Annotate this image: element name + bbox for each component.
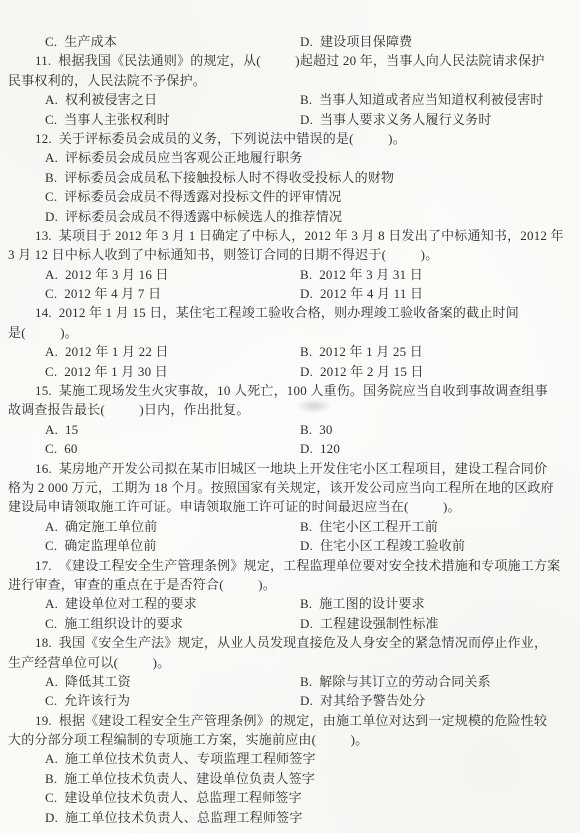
question-continuation-line: 建设局申请领取施工许可证。申请领取施工许可证的时间最迟应当在( )。: [8, 497, 574, 516]
option-pair-row: A. 建设单位对工程的要求B. 施工图的设计要求: [8, 594, 574, 613]
option-pair-row: C. 2012 年 4 月 7 日D. 2012 年 4 月 11 日: [8, 284, 574, 303]
option-right: B. 施工图的设计要求: [300, 594, 425, 613]
option-left: C. 2012 年 4 月 7 日: [45, 284, 161, 303]
question-continuation-line: 是( )。: [8, 323, 574, 342]
option-right: D. 120: [300, 439, 340, 458]
option-right: B. 住宅小区工程开工前: [300, 517, 438, 536]
option-right: D. 对其给予警告处分: [300, 691, 426, 710]
question-stem-line: 18. 我国《安全生产法》规定，从业人员发现直接危及人身安全的紧急情况而停止作业…: [8, 633, 574, 652]
option-pair-row: A. 确定施工单位前B. 住宅小区工程开工前: [8, 517, 574, 536]
option-pair-row: C. 允许该行为D. 对其给予警告处分: [8, 691, 574, 710]
option-right: D. 当事人要求义务人履行义务时: [300, 110, 492, 129]
option-right: B. 解除与其订立的劳动合同关系: [300, 672, 491, 691]
option-right: D. 2012 年 4 月 11 日: [300, 284, 423, 303]
option-left: A. 降低其工资: [45, 672, 131, 691]
option-pair-row: C. 2012 年 1 月 30 日D. 2012 年 2 月 15 日: [8, 362, 574, 381]
option-right: D. 建设项目保障费: [300, 32, 412, 51]
option-line: B. 评标委员会成员私下接触投标人时不得收受投标人的财物: [8, 168, 574, 187]
question-stem-line: 13. 某项目于 2012 年 3 月 1 日确定了中标人，2012 年 3 月…: [8, 226, 574, 245]
option-right: B. 30: [300, 420, 333, 439]
option-right: B. 2012 年 1 月 25 日: [300, 342, 423, 361]
option-line: A. 评标委员会成员应当客观公正地履行职务: [8, 148, 574, 167]
question-continuation-line: 进行审查，审查的重点在于是否符合( )。: [8, 575, 574, 594]
option-pair-row: A. 权利被侵害之日B. 当事人知道或者应当知道权利被侵害时: [8, 90, 574, 109]
option-left: C. 2012 年 1 月 30 日: [45, 362, 168, 381]
question-continuation-line: 民事权利的，人民法院不予保护。: [8, 71, 574, 90]
option-pair-row: C. 60D. 120: [8, 439, 574, 458]
option-left: A. 确定施工单位前: [45, 517, 157, 536]
question-continuation-line: 大的分部分项工程编制的专项施工方案，实施前应由( )。: [8, 730, 574, 749]
option-pair-row: C. 生产成本D. 建设项目保障费: [8, 32, 574, 51]
option-line: D. 施工单位技术负责人、总监理工程师签字: [8, 808, 574, 827]
question-continuation-line: 故调查报告最长( )日内，作出批复。: [8, 400, 574, 419]
question-continuation-line: 生产经营单位可以( )。: [8, 653, 574, 672]
exam-content: C. 生产成本D. 建设项目保障费11. 根据我国《民法通则》的规定，从( )起…: [8, 32, 574, 827]
question-stem-line: 14. 2012 年 1 月 15 日，某住宅工程竣工验收合格，则办理竣工验收备…: [8, 303, 574, 322]
option-pair-row: A. 降低其工资B. 解除与其订立的劳动合同关系: [8, 672, 574, 691]
option-line: C. 建设单位技术负责人、总监理工程师签字: [8, 788, 574, 807]
option-left: A. 2012 年 1 月 22 日: [45, 342, 169, 361]
question-stem-line: 15. 某施工现场发生火灾事故，10 人死亡，100 人重伤。国务院应当自收到事…: [8, 381, 574, 400]
option-line: B. 施工单位技术负责人、建设单位负责人签字: [8, 769, 574, 788]
option-pair-row: C. 确定监理单位前D. 住宅小区工程竣工验收前: [8, 536, 574, 555]
option-left: C. 当事人主张权利时: [45, 110, 170, 129]
question-stem-line: 19. 根据《建设工程安全生产管理条例》的规定，由施工单位对达到一定规模的危险性…: [8, 711, 574, 730]
option-left: C. 允许该行为: [45, 691, 130, 710]
question-stem-line: 11. 根据我国《民法通则》的规定，从( )起超过 20 年，当事人向人民法院请…: [8, 51, 574, 70]
option-pair-row: C. 施工组织设计的要求D. 工程建设强制性标准: [8, 614, 574, 633]
option-right: D. 住宅小区工程竣工验收前: [300, 536, 465, 555]
option-line: A. 施工单位技术负责人、专项监理工程师签字: [8, 749, 574, 768]
option-right: B. 当事人知道或者应当知道权利被侵害时: [300, 90, 544, 109]
option-left: A. 权利被侵害之日: [45, 90, 157, 109]
question-stem-line: 16. 某房地产开发公司拟在某市旧城区一地块上开发住宅小区工程项目，建设工程合同…: [8, 459, 574, 478]
option-left: A. 15: [45, 420, 78, 439]
option-left: A. 建设单位对工程的要求: [45, 594, 197, 613]
option-left: C. 施工组织设计的要求: [45, 614, 183, 633]
option-left: C. 60: [45, 439, 78, 458]
option-pair-row: A. 15B. 30: [8, 420, 574, 439]
option-pair-row: C. 当事人主张权利时D. 当事人要求义务人履行义务时: [8, 110, 574, 129]
option-pair-row: A. 2012 年 3 月 16 日B. 2012 年 3 月 31 日: [8, 265, 574, 284]
option-right: B. 2012 年 3 月 31 日: [300, 265, 423, 284]
option-right: D. 2012 年 2 月 15 日: [300, 362, 424, 381]
option-pair-row: A. 2012 年 1 月 22 日B. 2012 年 1 月 25 日: [8, 342, 574, 361]
question-stem-line: 12. 关于评标委员会成员的义务，下列说法中错误的是( )。: [8, 129, 574, 148]
exam-paper-page: C. 生产成本D. 建设项目保障费11. 根据我国《民法通则》的规定，从( )起…: [0, 0, 580, 833]
option-line: D. 评标委员会成员不得透露中标候选人的推荐情况: [8, 207, 574, 226]
question-continuation-line: 3 月 12 日中标人收到了中标通知书，则签订合同的日期不得迟于( )。: [8, 245, 574, 264]
question-stem-line: 17. 《建设工程安全生产管理条例》规定，工程监理单位要对安全技术措施和专项施工…: [8, 556, 574, 575]
option-left: C. 确定监理单位前: [45, 536, 157, 555]
option-left: A. 2012 年 3 月 16 日: [45, 265, 169, 284]
option-left: C. 生产成本: [45, 32, 117, 51]
option-right: D. 工程建设强制性标准: [300, 614, 439, 633]
question-continuation-line: 格为 2 000 万元，工期为 18 个月。按照国家有关规定，该开发公司应当向工…: [8, 478, 574, 497]
option-line: C. 评标委员会成员不得透露对投标文件的评审情况: [8, 187, 574, 206]
